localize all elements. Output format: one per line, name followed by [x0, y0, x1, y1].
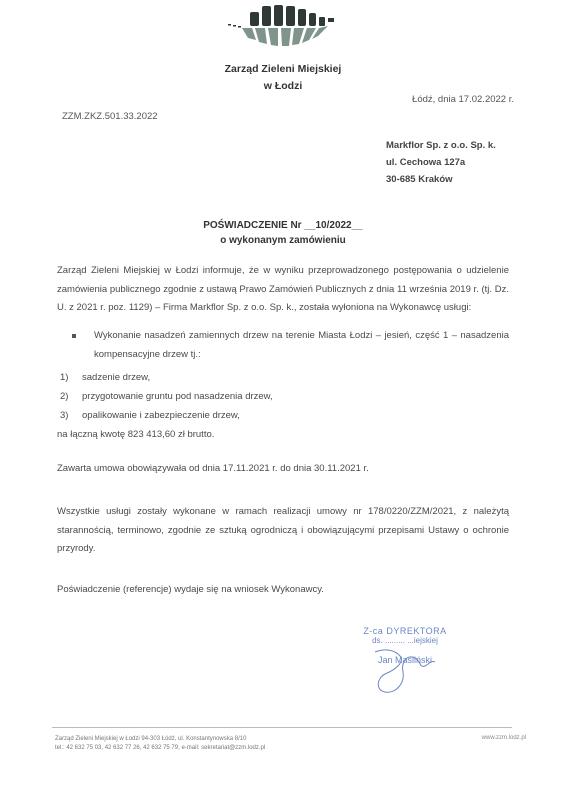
stamp-title: Z-ca DYREKTORA [345, 626, 465, 636]
performance-paragraph: Wszystkie usługi zostały wykonane w rama… [57, 503, 509, 559]
intro-paragraph: Zarząd Zieleni Miejskiej w Łodzi informu… [57, 262, 509, 318]
recipient-name: Markflor Sp. z o.o. Sp. k. [386, 140, 496, 151]
recipient-street: ul. Cechowa 127a [386, 157, 465, 168]
bullet-icon [72, 334, 76, 338]
footer-website: www.zzm.lodz.pl [482, 735, 526, 741]
total-amount: na łączną kwotę 823 413,60 zł brutto. [57, 429, 214, 440]
list-item: 3)opalikowanie i zabezpieczenie drzew, [60, 410, 240, 421]
recipient-city: 30-685 Kraków [386, 174, 453, 185]
organization-city: w Łodzi [0, 80, 566, 92]
contract-period: Zawarta umowa obowiązywała od dnia 17.11… [57, 463, 369, 474]
document-title: POŚWIADCZENIE Nr __10/2022__ [0, 220, 566, 231]
document-date: Łódź, dnia 17.02.2022 r. [412, 94, 514, 105]
handwritten-signature-icon [355, 640, 445, 695]
list-item: 2)przygotowanie gruntu pod nasadzenia dr… [60, 391, 273, 402]
document-subtitle: o wykonanym zamówieniu [0, 235, 566, 246]
leaf-logo-icon [228, 2, 340, 48]
service-description: Wykonanie nasadzeń zamiennych drzew na t… [94, 327, 509, 364]
reference-number: ZZM.ZKZ.501.33.2022 [62, 111, 158, 122]
footer-address: Zarząd Zieleni Miejskiej w Łodzi 94-303 … [55, 736, 246, 742]
footer-divider [52, 727, 512, 728]
closing-statement: Poświadczenie (referencje) wydaje się na… [57, 584, 324, 595]
list-item: 1)sadzenie drzew, [60, 372, 150, 383]
footer-contact: tel.: 42 632 75 03, 42 632 77 26, 42 632… [55, 745, 265, 751]
service-bullet: Wykonanie nasadzeń zamiennych drzew na t… [72, 327, 509, 364]
organization-name: Zarząd Zieleni Miejskiej [0, 63, 566, 75]
